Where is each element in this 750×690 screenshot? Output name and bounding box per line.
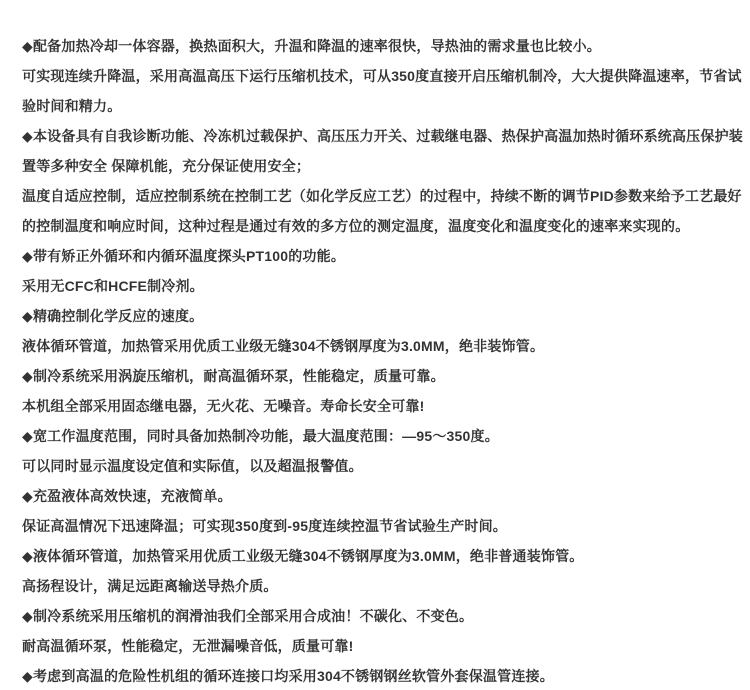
product-features-document: ◆配备加热冷却一体容器，换热面积大，升温和降温的速率很快，导热油的需求量也比较小… [0,0,750,690]
feature-line-14: ◆宽工作温度范围，同时具备加热制冷功能，最大温度范围：—95～350度。 [22,421,748,451]
feature-line-3: 验时间和精力。 [22,91,748,121]
feature-line-22: ◆考虑到高温的危险性机组的循环连接口均采用304不锈钢钢丝软管外套保温管连接。 [22,661,748,690]
feature-line-16: ◆充盈液体高效快速，充液简单。 [22,481,748,511]
feature-line-1: ◆配备加热冷却一体容器，换热面积大，升温和降温的速率很快，导热油的需求量也比较小… [22,31,748,61]
feature-line-9: 采用无CFC和HCFE制冷剂。 [22,271,748,301]
feature-line-5: 置等多种安全 保障机能，充分保证使用安全； [22,151,748,181]
feature-line-11: 液体循环管道，加热管采用优质工业级无缝304不锈钢厚度为3.0MM，绝非装饰管。 [22,331,748,361]
feature-line-20: ◆制冷系统采用压缩机的润滑油我们全部采用合成油！不碳化、不变色。 [22,601,748,631]
feature-line-17: 保证高温情况下迅速降温；可实现350度到-95度连续控温节省试验生产时间。 [22,511,748,541]
feature-line-6: 温度自适应控制，适应控制系统在控制工艺（如化学反应工艺）的过程中，持续不断的调节… [22,181,748,211]
feature-line-10: ◆精确控制化学反应的速度。 [22,301,748,331]
feature-line-13: 本机组全部采用固态继电器，无火花、无噪音。寿命长安全可靠! [22,391,748,421]
feature-line-7: 的控制温度和响应时间，这种过程是通过有效的多方位的测定温度，温度变化和温度变化的… [22,211,748,241]
feature-line-4: ◆本设备具有自我诊断功能、冷冻机过载保护、高压压力开关、过载继电器、热保护高温加… [22,121,748,151]
feature-line-19: 高扬程设计，满足远距离输送导热介质。 [22,571,748,601]
feature-line-8: ◆带有矫正外循环和内循环温度探头PT100的功能。 [22,241,748,271]
feature-line-15: 可以同时显示温度设定值和实际值，以及超温报警值。 [22,451,748,481]
feature-line-21: 耐高温循环泵，性能稳定，无泄漏噪音低，质量可靠! [22,631,748,661]
feature-line-2: 可实现连续升降温，采用高温高压下运行压缩机技术，可从350度直接开启压缩机制冷，… [22,61,748,91]
feature-line-12: ◆制冷系统采用涡旋压缩机，耐高温循环泵，性能稳定，质量可靠。 [22,361,748,391]
feature-line-18: ◆液体循环管道，加热管采用优质工业级无缝304不锈钢厚度为3.0MM，绝非普通装… [22,541,748,571]
